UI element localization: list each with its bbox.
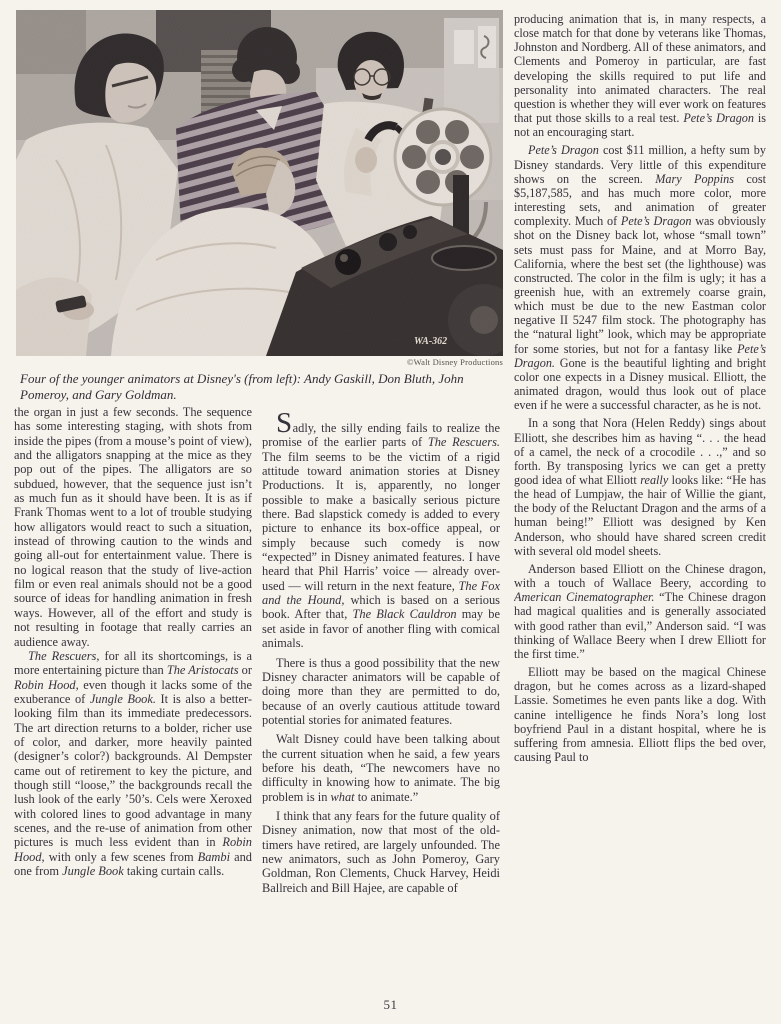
text-column-1: the organ in just a few seconds. The seq… (14, 405, 252, 993)
body-text: was obviously shot on the Disney back lo… (514, 214, 766, 355)
body-text: or (239, 663, 252, 677)
page-number: 51 (0, 997, 781, 1013)
body-text: taking curtain calls. (124, 864, 224, 878)
body-text: to animate.” (355, 790, 419, 804)
body-text: Anderson based Elliott on the Chinese dr… (514, 562, 766, 590)
paragraph: In a song that Nora (Helen Reddy) sings … (514, 416, 766, 558)
italic-text: Pete’s Dragon (683, 111, 754, 125)
italic-text: Jungle Book. (90, 692, 156, 706)
paragraph: There is thus a good possibility that th… (262, 656, 500, 728)
body-text: The film seems to be the victim of a rig… (262, 450, 500, 593)
paragraph: Walt Disney could have been talking abou… (262, 732, 500, 804)
italic-text: what (331, 790, 355, 804)
italic-text: The Rescuers, (28, 649, 99, 663)
body-text: There is thus a good possibility that th… (262, 656, 500, 727)
paragraph: Pete’s Dragon cost $11 million, a hefty … (514, 143, 766, 412)
italic-text: Pete’s Dragon (528, 143, 599, 157)
italic-text: really (640, 473, 668, 487)
paragraph: producing animation that is, in many res… (514, 12, 766, 139)
italic-text: The Aristocats (167, 663, 239, 677)
body-text: It is also a better-looking film than it… (14, 692, 252, 849)
italic-text: Robin Hood, (14, 678, 79, 692)
paragraph: The Rescuers, for all its shortcomings, … (14, 649, 252, 879)
photo: WA-362 (16, 10, 503, 356)
text-column-3: producing animation that is, in many res… (514, 12, 766, 993)
paragraph: Sadly, the silly ending fails to realize… (262, 416, 500, 651)
photo-caption: Four of the younger animators at Disney'… (20, 371, 506, 403)
italic-text: Mary Poppins (655, 172, 734, 186)
italic-text: Pete’s Dragon (621, 214, 692, 228)
body-text: the organ in just a few seconds. The seq… (14, 405, 252, 649)
italic-text: The Black Cauldron (352, 607, 456, 621)
body-text: Elliott may be based on the magical Chin… (514, 665, 766, 764)
italic-text: Jungle Book (62, 864, 124, 878)
paragraph: Anderson based Elliott on the Chinese dr… (514, 562, 766, 661)
italic-text: Bambi (198, 850, 230, 864)
paragraph: Elliott may be based on the magical Chin… (514, 665, 766, 764)
body-text: producing animation that is, in many res… (514, 12, 766, 125)
magazine-page: WA-362 ©Walt Disney Productions Four of … (0, 0, 781, 1024)
body-text: with only a few scenes from (45, 850, 198, 864)
body-text: I think that any fears for the future qu… (262, 809, 500, 895)
italic-text: American Cinematographer. (514, 590, 654, 604)
photo-credit: ©Walt Disney Productions (300, 357, 503, 367)
italic-text: The Rescuers. (428, 435, 500, 449)
paragraph: the organ in just a few seconds. The seq… (14, 405, 252, 649)
raised-cap: S (276, 407, 293, 439)
photo-illustration: WA-362 (16, 10, 503, 356)
text-column-2: Sadly, the silly ending fails to realize… (262, 405, 500, 993)
paragraph: I think that any fears for the future qu… (262, 809, 500, 895)
halftone-overlay (16, 10, 503, 356)
